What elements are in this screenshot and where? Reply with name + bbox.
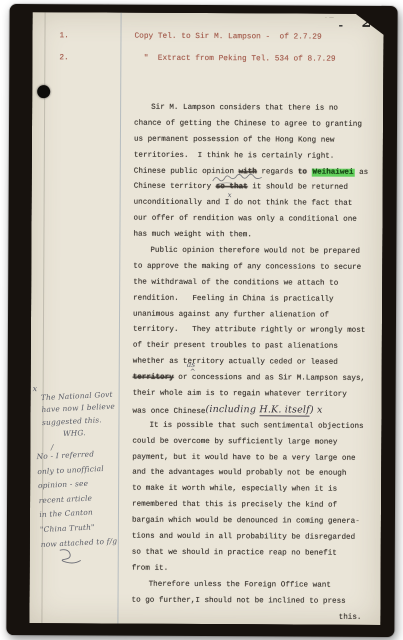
typed-text: Public opinion therefore would not be pr… (150, 247, 360, 256)
typed-line: their whole aim is to regain whatever te… (133, 387, 371, 404)
typed-line: to make it worth while, especially when … (132, 482, 370, 499)
typed-text: the withdrawal of the conditions we atta… (133, 278, 338, 287)
typed-text: was once Chinese (133, 408, 206, 416)
typed-line: to approve the making of any concessions… (133, 260, 371, 277)
handwritten-insert: (including (205, 404, 259, 415)
typed-text: from it. (132, 564, 169, 572)
typed-line: to go further,I should not be inclined t… (131, 593, 369, 610)
typed-text: whether as territory actually ceded or l… (133, 358, 338, 367)
typed-line: of their present troubles to past aliena… (133, 339, 371, 356)
margin-note-2-flourish (56, 548, 82, 564)
header-item-number: 2. (59, 54, 68, 62)
typed-text: our offer of rendition was only a condit… (134, 215, 357, 224)
typed-line: Public opinion therefore would not be pr… (133, 244, 371, 261)
header-item-number: 1. (59, 32, 68, 40)
header-row: 2. " Extract from Peking Tel. 534 of 8.7… (32, 54, 383, 68)
header-item-text: " Extract from Peking Tel. 534 of 8.7.29 (134, 55, 335, 64)
typed-line: Sir M. Lampson considers that there is n… (134, 101, 372, 118)
typed-line: so that we should in practice reap no be… (132, 546, 370, 563)
typed-text: could be overcome by sufficiently large … (132, 437, 337, 446)
typed-line: this. (131, 609, 369, 626)
typed-line: unconditionally and I do not think the f… (134, 196, 372, 213)
insertion-caret: ^ (190, 368, 196, 376)
typed-text: as (355, 168, 369, 176)
typed-text: unanimous against any further alienation… (133, 310, 329, 319)
typed-line: Therefore unless the Foreign Office want (132, 577, 370, 594)
typed-line: territory. They attribute rightly or wro… (133, 323, 371, 340)
typed-line: and the advantages would probably not be… (132, 466, 370, 483)
typed-text: to go further,I should not be inclined t… (132, 596, 346, 605)
paper: ·– - 2 1.Copy Tel. to Sir M. Lampson - o… (29, 12, 383, 625)
typed-line: chance of getting the Chinese to agree t… (134, 117, 372, 134)
typed-text: Sir M. Lampson considers that there is n… (151, 104, 338, 113)
typed-line: tions and would in all probability be di… (132, 530, 370, 547)
typed-text: Chinese territory (134, 183, 216, 191)
typed-text: and the advantages would probably not be… (132, 469, 346, 478)
typed-line: territories. I think he is certainly rig… (134, 148, 372, 165)
typed-text: has much weight with them. (133, 231, 252, 240)
typed-line: the withdrawal of the conditions we atta… (133, 275, 371, 292)
header-item-text: Copy Tel. to Sir M. Lampson - of 2.7.29 (134, 33, 321, 42)
typed-line: territory or concessions and as Sir M.La… (133, 371, 371, 388)
scanned-document-photo: ·– - 2 1.Copy Tel. to Sir M. Lampson - o… (6, 4, 397, 637)
header-row: 1.Copy Tel. to Sir M. Lampson - of 2.7.2… (32, 32, 383, 46)
typed-text: remembered that this is precisely the ki… (132, 501, 337, 510)
typed-line: bargain which would be denounced in comi… (132, 514, 370, 531)
typed-line: was once Chinese(including H.K. itself) … (132, 403, 370, 420)
typed-text: to approve the making of any concessions… (133, 263, 361, 272)
correction-x-mark: x (228, 191, 232, 199)
typed-text: territory. They attribute rightly or wro… (133, 326, 365, 335)
margin-note-1: The National Govthave now I believesugge… (41, 389, 117, 454)
typed-text: unconditionally and I do not think the f… (134, 199, 353, 208)
typed-text: Therefore unless the Foreign Office want (149, 580, 331, 589)
typed-text: to (298, 168, 307, 176)
margin-note-2: No - I referredonly to unofficialopinion… (36, 447, 117, 553)
typed-text: us permanent possession of the Hong Kong… (134, 135, 335, 144)
typed-text: tions and would in all probability be di… (132, 533, 355, 542)
typed-line: whether as territory actually ceded or l… (133, 355, 371, 372)
typed-text: territory (133, 374, 174, 382)
typed-text: or concessions and as Sir M.Lampson says… (174, 374, 365, 383)
typed-text: this. (339, 613, 362, 621)
typed-line: our offer of rendition was only a condit… (133, 212, 371, 229)
typed-line: payment, but it would have to be a very … (132, 450, 370, 467)
typed-line: rendition. Feeling in China is practical… (133, 291, 371, 308)
typed-line: It is possible that such sentimental obj… (132, 418, 370, 435)
typed-text: bargain which would be denounced in comi… (132, 517, 360, 526)
typed-line: unanimous against any further alienation… (133, 307, 371, 324)
handwritten-insert: H.K. itself (259, 404, 310, 416)
header-rows: 1.Copy Tel. to Sir M. Lampson - of 2.7.2… (33, 12, 384, 14)
typed-line: us permanent possession of the Hong Kong… (134, 132, 372, 149)
margin-rule-line (117, 13, 121, 624)
typed-text: to make it worth while, especially when … (132, 485, 337, 494)
typed-text: It is possible that such sentimental obj… (149, 422, 363, 431)
typed-line: could be overcome by sufficiently large … (132, 434, 370, 451)
faint-smudge: ·– (325, 13, 336, 22)
highlighted-word: Weihaiwei (312, 168, 355, 176)
typed-line: from it. (132, 561, 370, 578)
typed-text: rendition. Feeling in China is practical… (133, 294, 334, 303)
typed-line: remembered that this is precisely the ki… (132, 498, 370, 515)
typed-text: territories. I think he is certainly rig… (134, 151, 335, 160)
typed-line: has much weight with them. (133, 228, 371, 245)
page-dash: - (339, 19, 344, 32)
handwritten-insert: x (314, 405, 323, 416)
typed-text: their whole aim is to regain whatever te… (133, 390, 347, 399)
margin-note-1-x-mark: x (33, 384, 38, 393)
pencil-scribble-correction (212, 172, 264, 185)
typed-text: chance of getting the Chinese to agree t… (134, 120, 362, 129)
punch-hole (37, 85, 50, 98)
page-number: 2 (362, 15, 372, 31)
typed-text: of their present troubles to past aliena… (133, 342, 338, 351)
typed-text: so that we should in practice reap no be… (132, 549, 337, 558)
typed-text: payment, but it would have to be a very … (132, 453, 355, 462)
